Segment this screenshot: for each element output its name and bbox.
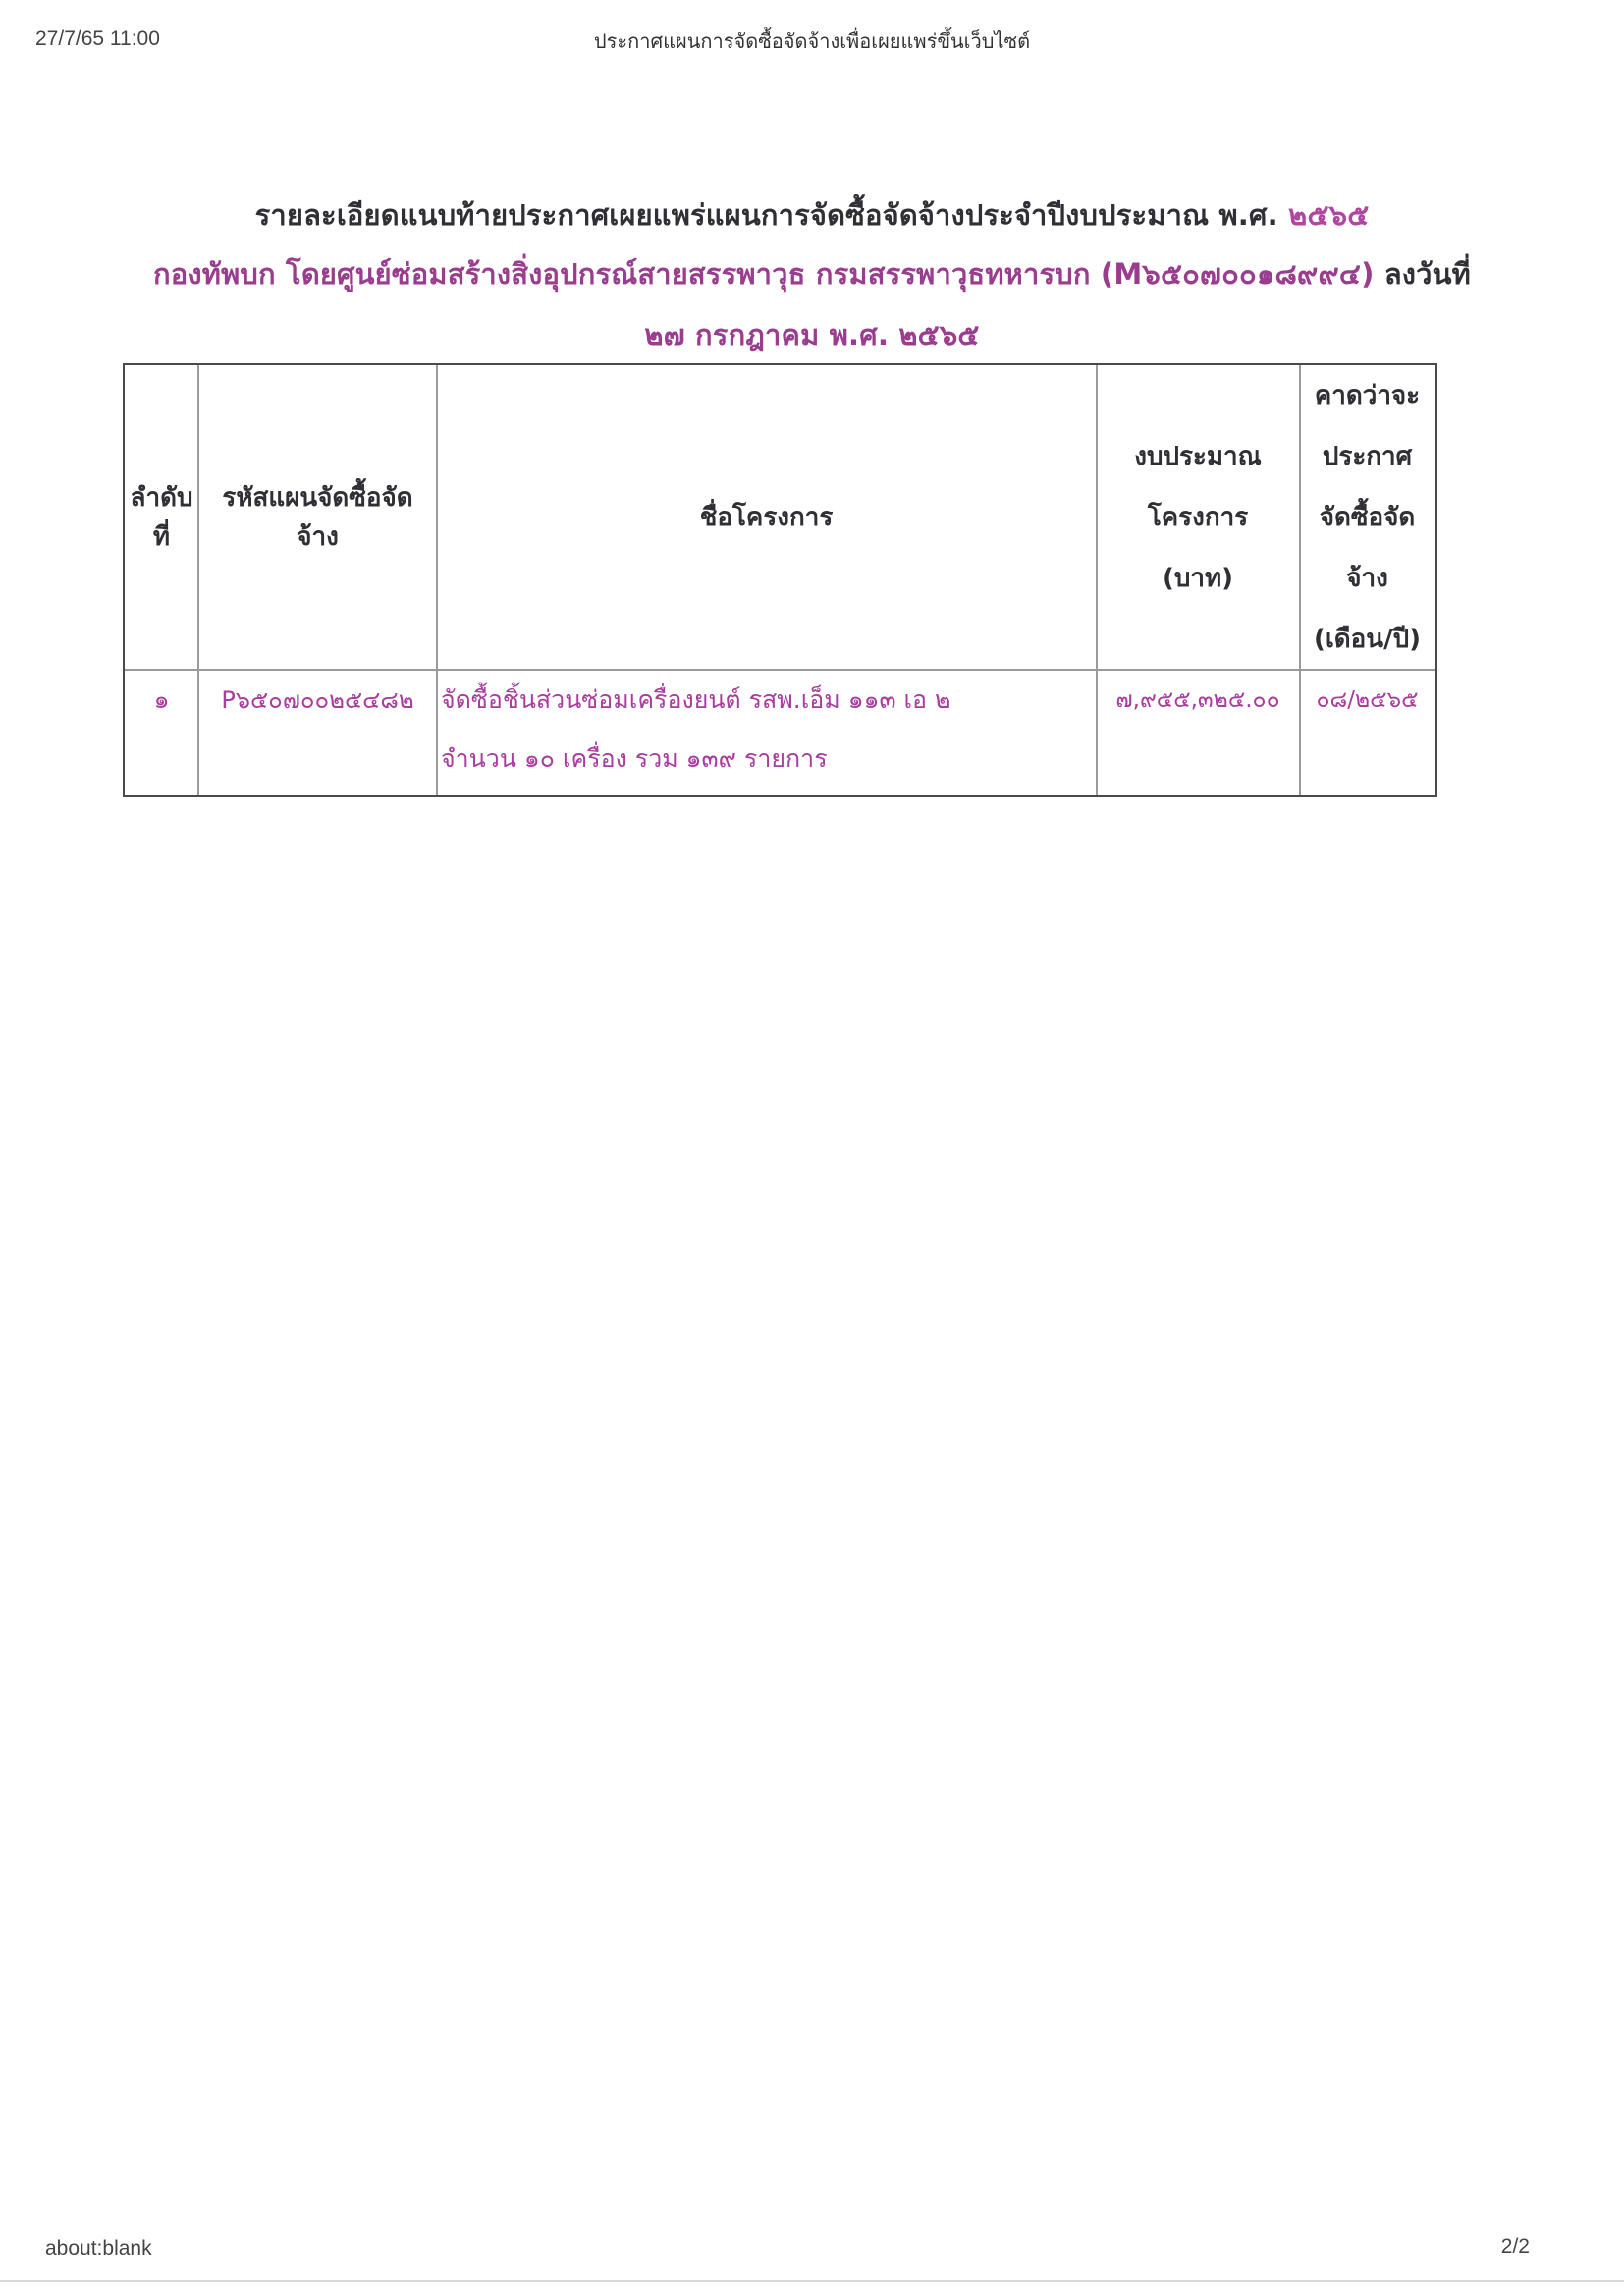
header-budget: งบประมาณ โครงการ (บาท): [1097, 365, 1299, 669]
row-plan-code: P๖๕๐๗๐๐๒๕๔๘๒: [198, 671, 437, 730]
row-expected-date: ๐๘/๒๕๖๕: [1300, 671, 1435, 730]
print-url: about:blank: [45, 2237, 152, 2261]
print-page-title: ประกาศแผนการจัดซื้อจัดจ้างเพื่อเผยแพร่ขึ…: [0, 26, 1624, 57]
header-budget-line: งบประมาณ: [1134, 426, 1262, 487]
header-seq-line: ที่: [153, 507, 170, 568]
header-plan-code-line: จ้าง: [297, 507, 339, 568]
title-line1-text: รายละเอียดแนบท้ายประกาศเผยแพร่แผนการจัดซ…: [255, 198, 1278, 232]
header-seq: ลำดับ ที่: [125, 365, 198, 669]
header-expected-line: ประกาศ: [1323, 426, 1412, 487]
document-title-line1: รายละเอียดแนบท้ายประกาศเผยแพร่แผนการจัดซ…: [0, 192, 1624, 238]
row-project-name-line: จำนวน ๑๐ เครื่อง รวม ๑๓๙ รายการ: [441, 730, 828, 789]
header-expected-line: คาดว่าจะ: [1315, 365, 1420, 426]
procurement-table: ลำดับ ที่ รหัสแผนจัดซื้อจัด จ้าง ชื่อโคร…: [123, 363, 1437, 797]
print-page-number: 2/2: [1501, 2235, 1530, 2259]
header-project-name: ชื่อโครงการ: [437, 365, 1096, 669]
scan-edge-line: [0, 2280, 1624, 2282]
document-title-line2: กองทัพบก โดยศูนย์ซ่อมสร้างสิ่งอุปกรณ์สาย…: [0, 251, 1624, 297]
title-line2-text: กองทัพบก โดยศูนย์ซ่อมสร้างสิ่งอุปกรณ์สาย…: [153, 257, 1375, 291]
header-expected-line: จ้าง: [1346, 548, 1388, 609]
row-budget: ๗,๙๕๕,๓๒๕.๐๐: [1097, 671, 1299, 730]
header-budget-line: (บาท): [1163, 548, 1233, 609]
document-title-line3: ๒๗ กรกฎาคม พ.ศ. ๒๕๖๕: [0, 312, 1624, 357]
title-line1-year: ๒๕๖๕: [1288, 198, 1369, 232]
row-seq: ๑: [125, 671, 198, 730]
title-line2-suffix: ลงวันที่: [1384, 257, 1471, 291]
header-expected-line: จัดซื้อจัด: [1320, 487, 1416, 548]
header-plan-code: รหัสแผนจัดซื้อจัด จ้าง: [198, 365, 437, 669]
row-project-name-line: จัดซื้อชิ้นส่วนซ่อมเครื่องยนต์ รสพ.เอ็ม …: [441, 671, 950, 730]
header-expected-date: คาดว่าจะ ประกาศ จัดซื้อจัด จ้าง (เดือน/ป…: [1300, 365, 1435, 669]
header-expected-line: (เดือน/ปี): [1314, 609, 1421, 670]
header-project-name-line: ชื่อโครงการ: [700, 487, 834, 548]
row-project-name: จัดซื้อชิ้นส่วนซ่อมเครื่องยนต์ รสพ.เอ็ม …: [437, 671, 1096, 789]
header-budget-line: โครงการ: [1148, 487, 1248, 548]
